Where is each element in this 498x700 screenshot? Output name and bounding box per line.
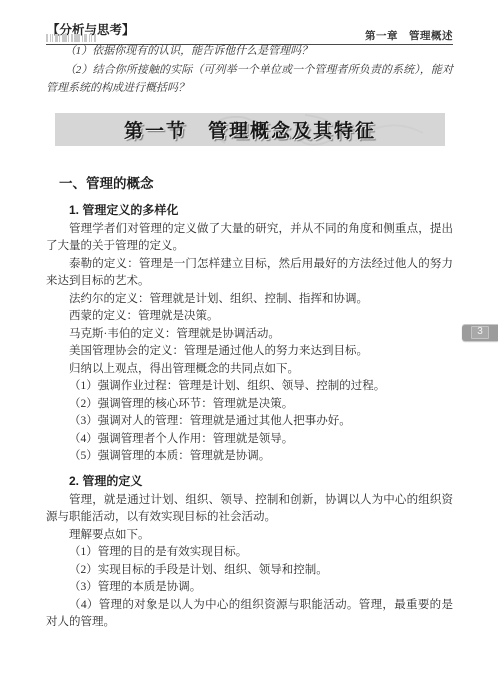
page-number-tab: 3 — [462, 324, 498, 341]
paragraph-management-definition: 管理，就是通过计划、组织、领导、控制和创新，协调以人为中心的组织资源与职能活动，… — [46, 492, 453, 527]
analysis-question-2: （2）结合你所接触的实际（可列举一个单位或一个管理者所负责的系统），能对管理系统… — [46, 61, 453, 98]
key-point-1: （1）管理的目的是有效实现目标。 — [46, 544, 453, 562]
paragraph-intro: 管理学者们对管理的定义做了大量的研究，并从不同的角度和侧重点，提出了大量的关于管… — [46, 221, 453, 256]
book-page: 第一章 管理概述 【分析与思考】 （1）依据你现有的认识，能告诉他什么是管理吗？… — [0, 0, 498, 700]
definition-fayol: 法约尔的定义：管理就是计划、组织、控制、指挥和协调。 — [46, 291, 453, 309]
definition-simon: 西蒙的定义：管理就是决策。 — [46, 308, 453, 326]
subheading-definition-of-management: 2. 管理的定义 — [69, 472, 453, 489]
subheading-diversity-of-definitions: 1. 管理定义的多样化 — [69, 201, 453, 218]
common-point-3: （3）强调对人的管理：管理就是通过其他人把事办好。 — [46, 413, 453, 431]
definition-ama: 美国管理协会的定义：管理是通过他人的努力来达到目标。 — [46, 343, 453, 361]
common-point-4: （4）强调管理者个人作用：管理就是领导。 — [46, 431, 453, 449]
paragraph-key-points-lead: 理解要点如下。 — [46, 527, 453, 545]
barcode-decoration — [46, 34, 96, 42]
definition-taylor: 泰勒的定义：管理是一门怎样建立目标，然后用最好的方法经过他人的努力来达到目标的艺… — [46, 256, 453, 291]
key-point-2: （2）实现目标的手段是计划、组织、领导和控制。 — [46, 562, 453, 580]
running-head: 第一章 管理概述 — [46, 27, 453, 45]
key-point-3: （3）管理的本质是协调。 — [46, 579, 453, 597]
key-point-4: （4）管理的对象是以人为中心的组织资源与职能活动。管理，最重要的是对人的管理。 — [46, 597, 453, 632]
common-point-5: （5）强调管理的本质：管理就是协调。 — [46, 448, 453, 466]
heading-concept-of-management: 一、管理的概念 — [59, 172, 453, 192]
definition-weber: 马克斯·韦伯的定义：管理就是协调活动。 — [46, 326, 453, 344]
section-banner-title: 第一节 管理概念及其特征 — [124, 116, 376, 143]
common-point-2: （2）强调管理的核心环节：管理就是决策。 — [46, 396, 453, 414]
running-head-chapter-title: 第一章 管理概述 — [365, 28, 453, 43]
paragraph-summary-lead: 归纳以上观点，得出管理概念的共同点如下。 — [46, 361, 453, 379]
page-number: 3 — [471, 326, 489, 339]
common-point-1: （1）强调作业过程：管理是计划、组织、领导、控制的过程。 — [46, 378, 453, 396]
main-content: 一、管理的概念 1. 管理定义的多样化 管理学者们对管理的定义做了大量的研究，并… — [46, 172, 453, 632]
section-banner: 第一节 管理概念及其特征 — [55, 113, 445, 146]
